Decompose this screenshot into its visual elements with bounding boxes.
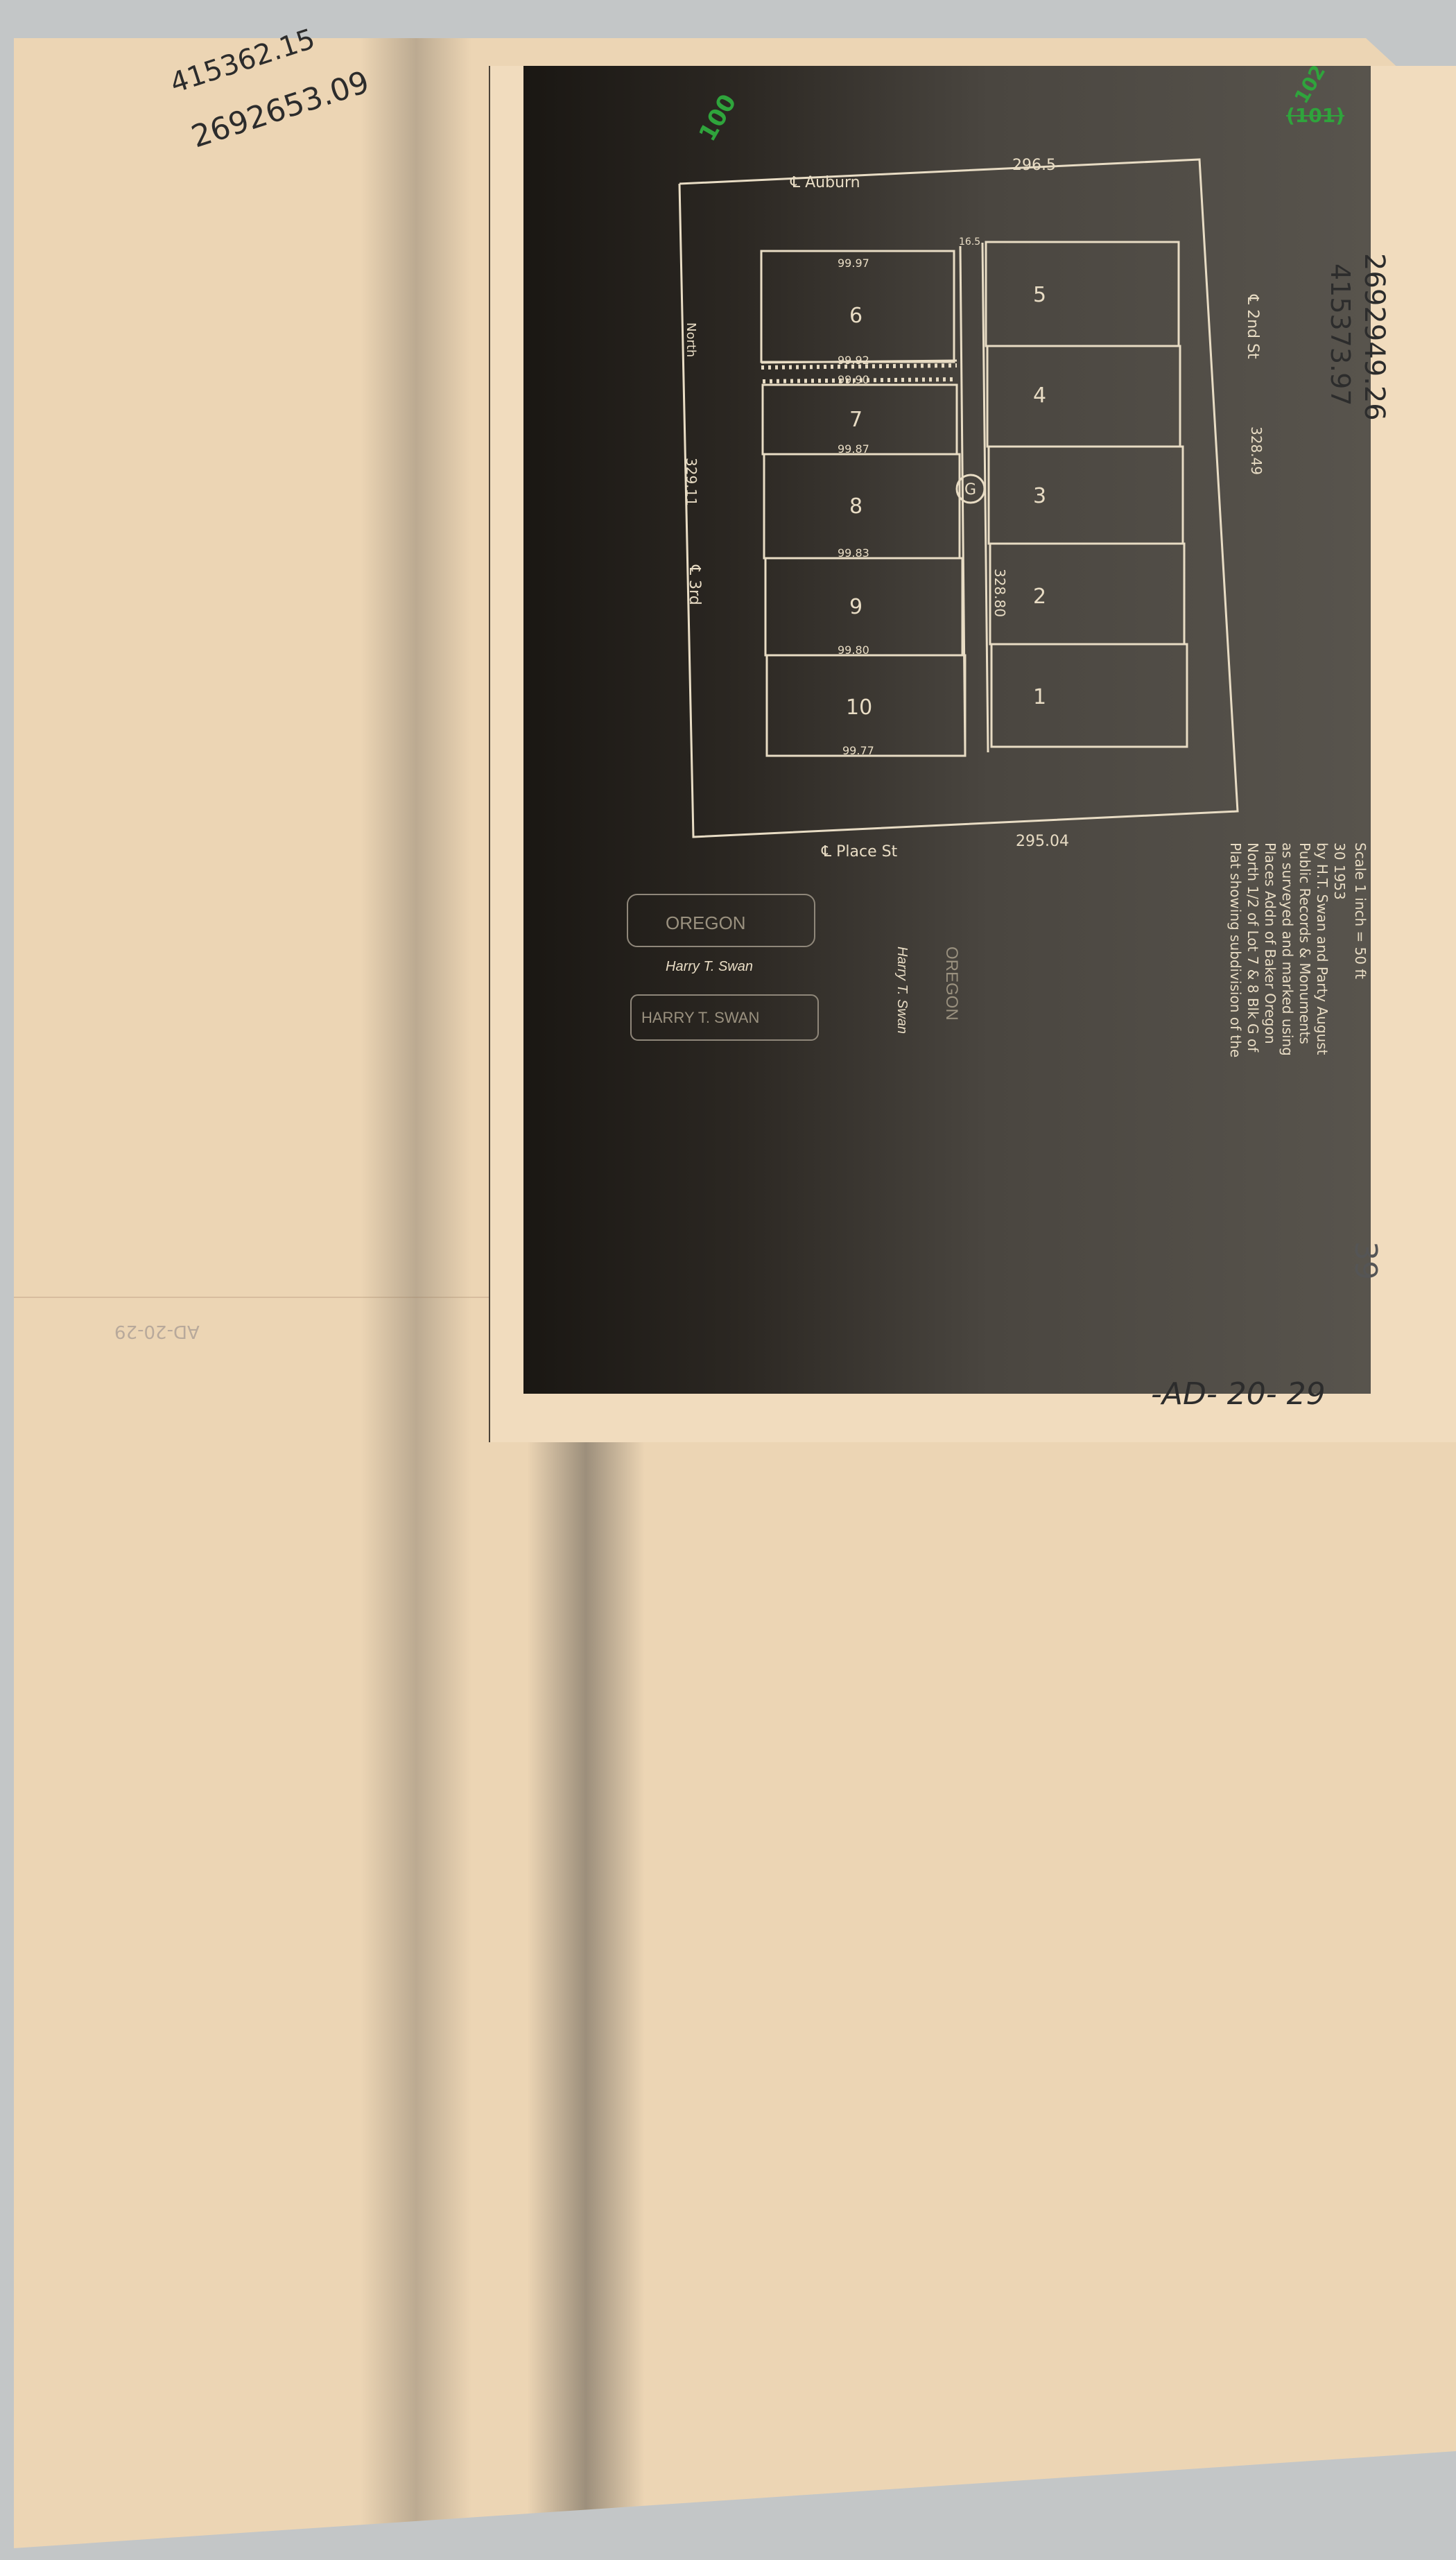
scanner-smear (361, 38, 471, 2548)
ne-coordinate-northing: 415373.97 (1325, 263, 1355, 406)
lot-dimension: 99.80 (838, 643, 869, 657)
lot-dimension: 99.97 (838, 257, 869, 270)
svg-text:Plat showing subdivision of th: Plat showing subdivision of the (1227, 842, 1244, 1057)
street-length-north: 296.5 (1012, 157, 1056, 174)
survey-plat: ℄ Auburn 296.5 ℄ Place St 295.04 328.80 … (523, 66, 1371, 1394)
svg-text:as surveyed and marked using: as surveyed and marked using (1279, 842, 1296, 1056)
svg-text:OREGON: OREGON (666, 913, 746, 933)
svg-text:Public Records & Monuments: Public Records & Monuments (1297, 842, 1313, 1044)
svg-text:Harry T. Swan: Harry T. Swan (894, 946, 910, 1034)
svg-text:Places Addn of Baker Oregon: Places Addn of Baker Oregon (1262, 842, 1279, 1044)
street-label-north: ℄ Auburn (790, 174, 860, 191)
plat-caption: Plat showing subdivision of the North 1/… (1227, 842, 1371, 1057)
lot-number: 3 (1033, 484, 1046, 508)
alley-length: 328.80 (991, 569, 1008, 617)
street-label-south: ℄ Place St (821, 843, 898, 860)
street-label-east: ℄ 2nd St (1244, 294, 1261, 359)
street-length-east: 328.49 (1248, 426, 1265, 475)
street-label-west: ℄ 3rd (686, 564, 703, 605)
lot-number: 10 (846, 695, 872, 720)
street-length-west: 329.11 (683, 458, 700, 506)
surveyor-stamp: OREGON Harry T. Swan HARRY T. SWAN (627, 894, 818, 1040)
north-arrow-label: North (684, 322, 698, 357)
lot-number: 7 (849, 408, 863, 432)
scanner-smear (527, 1397, 645, 2548)
lot-dimension: 99.77 (842, 744, 874, 757)
svg-text:Scale 1 inch = 50 ft: Scale 1 inch = 50 ft (1352, 842, 1369, 979)
green-mark-101: (101) (1286, 104, 1344, 127)
lot-dimension: 99.87 (838, 442, 869, 456)
street-length-south: 295.04 (1016, 833, 1069, 850)
faint-back-stamp: AD-20-29 (114, 1321, 200, 1342)
ne-coordinate-easting: 2692949.26 (1358, 253, 1390, 421)
svg-text:30 1953: 30 1953 (1331, 842, 1348, 900)
file-number: -AD- 20- 29 (1151, 1376, 1326, 1412)
svg-text:North 1/2 of Lot 7 & 8 Blk G o: North 1/2 of Lot 7 & 8 Blk G of (1245, 842, 1261, 1053)
lot-number: 2 (1033, 585, 1046, 609)
alley-width: 16.5 (959, 236, 980, 248)
page-number: 39 (1348, 1241, 1383, 1280)
lot-number: 1 (1033, 685, 1046, 709)
surveyor-stamp-rotated: Harry T. Swan OREGON (894, 946, 961, 1034)
svg-text:HARRY T. SWAN: HARRY T. SWAN (641, 1009, 759, 1026)
lot-dimension: 99.83 (838, 546, 869, 560)
lot-number: 8 (849, 494, 863, 519)
svg-text:OREGON: OREGON (942, 946, 961, 1021)
plat-drawing: ℄ Auburn 296.5 ℄ Place St 295.04 328.80 … (523, 66, 1371, 1394)
alley-marker: G (964, 481, 976, 499)
svg-text:by H.T. Swan and Party August: by H.T. Swan and Party August (1314, 842, 1331, 1055)
lot-number: 5 (1033, 283, 1046, 307)
lot-number: 4 (1033, 383, 1046, 408)
lot-number: 6 (849, 304, 863, 328)
lot-dimension: 99.90 (838, 373, 869, 386)
lot-dimension: 99.92 (838, 354, 869, 367)
lot-number: 9 (849, 595, 863, 619)
svg-text:Harry T. Swan: Harry T. Swan (666, 959, 753, 974)
